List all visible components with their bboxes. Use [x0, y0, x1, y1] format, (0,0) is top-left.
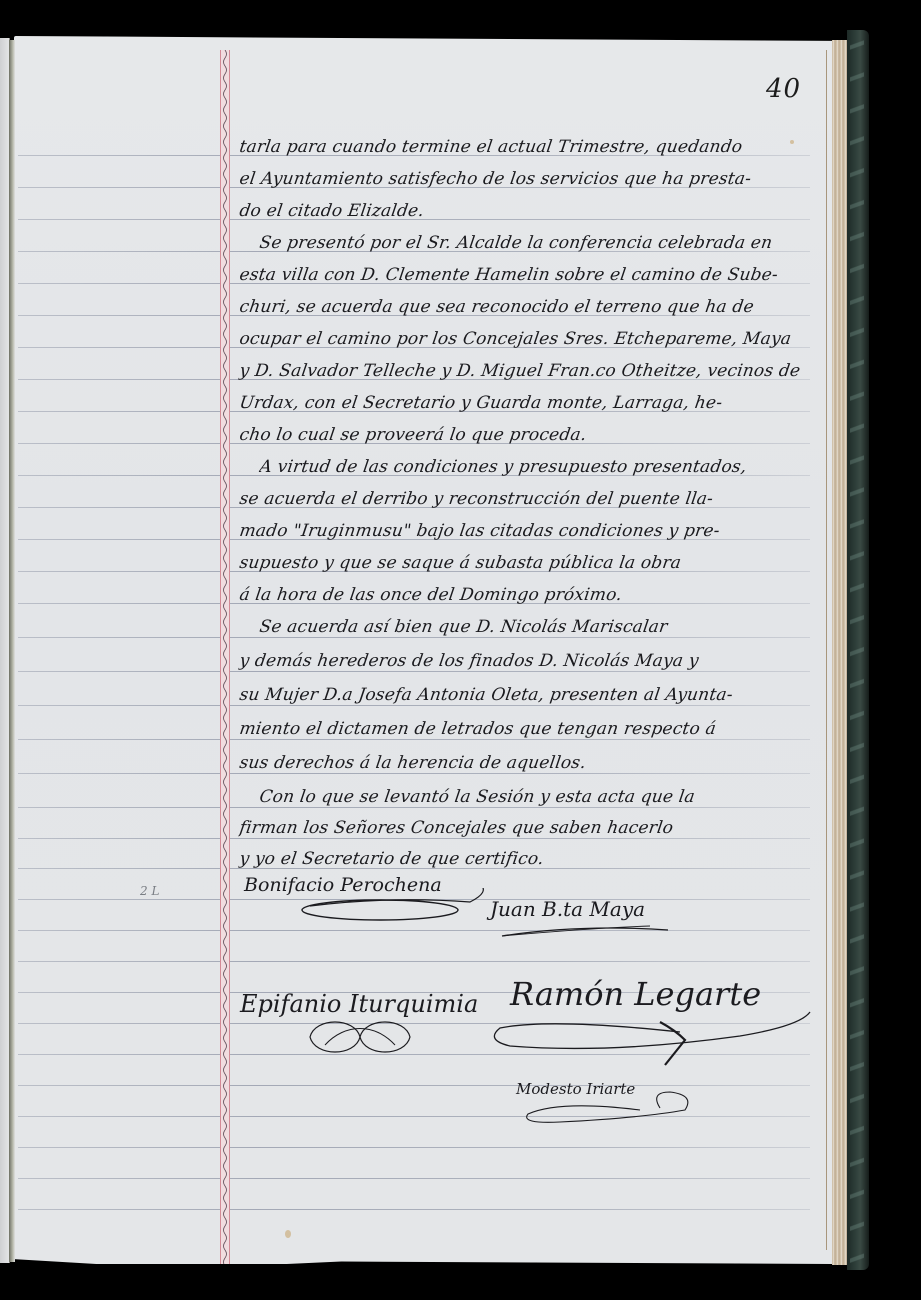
text-line: se acuerda el derribo y reconstrucción d…	[238, 488, 821, 510]
ruled-line	[18, 1209, 810, 1210]
ruled-line	[18, 930, 810, 931]
ruled-line	[18, 1178, 810, 1179]
text-line: Se presentó por el Sr. Alcalde la confer…	[258, 232, 841, 254]
text-line: churi, se acuerda que sea reconocido el …	[238, 296, 821, 318]
text-line: esta villa con D. Clemente Hamelin sobre…	[238, 264, 821, 286]
text-line: cho lo cual se proveerá lo que proceda.	[238, 424, 821, 446]
signature-flourish-icon	[500, 920, 670, 940]
text-line: A virtud de las condiciones y presupuest…	[258, 456, 841, 478]
signature-flourish-icon	[490, 1010, 820, 1070]
page-stack-fore-edge	[832, 40, 847, 1265]
ruled-line	[18, 1147, 810, 1148]
signature-flourish-icon	[520, 1090, 710, 1130]
fore-edge-rule	[826, 50, 827, 1250]
text-line: Con lo que se levantó la Sesión y esta a…	[258, 786, 841, 808]
text-line: y demás herederos de los finados D. Nico…	[238, 650, 821, 672]
text-line: do el citado Elizalde.	[238, 200, 821, 222]
signature-legarte: Ramón Legarte	[510, 975, 761, 1013]
signature-maya: Juan B.ta Maya	[490, 897, 645, 921]
book-cover-edge	[847, 30, 869, 1270]
text-line: mado "Iruginmusu" bajo las citadas condi…	[238, 520, 821, 542]
signature-iturquimia: Epifanio Iturquimia	[240, 990, 478, 1018]
text-line: á la hora de las once del Domingo próxim…	[238, 584, 821, 606]
text-line: miento el dictamen de letrados que tenga…	[238, 718, 821, 740]
red-margin-rule	[220, 50, 230, 1264]
text-line: Se acuerda así bien que D. Nicolás Maris…	[258, 616, 841, 638]
page-number: 40	[766, 74, 801, 104]
text-line: sus derechos á la herencia de aquellos.	[238, 752, 821, 774]
text-line: y D. Salvador Telleche y D. Miguel Fran.…	[238, 360, 821, 382]
text-line: tarla para cuando termine el actual Trim…	[238, 136, 821, 158]
paper-stain	[285, 1230, 291, 1238]
signature-flourish-icon	[305, 1015, 420, 1060]
scanned-ledger-image: 40 tarla para cuando termine el actual T…	[0, 0, 921, 1300]
signature-flourish-icon	[300, 888, 500, 928]
wavy-margin-line-icon	[221, 50, 229, 1264]
text-line: firman los Señores Concejales que saben …	[238, 817, 821, 839]
text-line: supuesto y que se saque á subasta públic…	[238, 552, 821, 574]
text-line: el Ayuntamiento satisfecho de los servic…	[238, 168, 821, 190]
paper-stain	[790, 140, 794, 144]
margin-pencil-note: 2 L	[140, 884, 159, 898]
ruled-line	[18, 1085, 810, 1086]
text-line: y yo el Secretario de que certifico.	[238, 848, 821, 870]
binding-gutter	[9, 40, 15, 1262]
text-line: ocupar el camino por los Concejales Sres…	[238, 328, 821, 350]
text-line: su Mujer D.a Josefa Antonia Oleta, prese…	[238, 684, 821, 706]
text-line: Urdax, con el Secretario y Guarda monte,…	[238, 392, 821, 414]
ruled-line	[18, 961, 810, 962]
